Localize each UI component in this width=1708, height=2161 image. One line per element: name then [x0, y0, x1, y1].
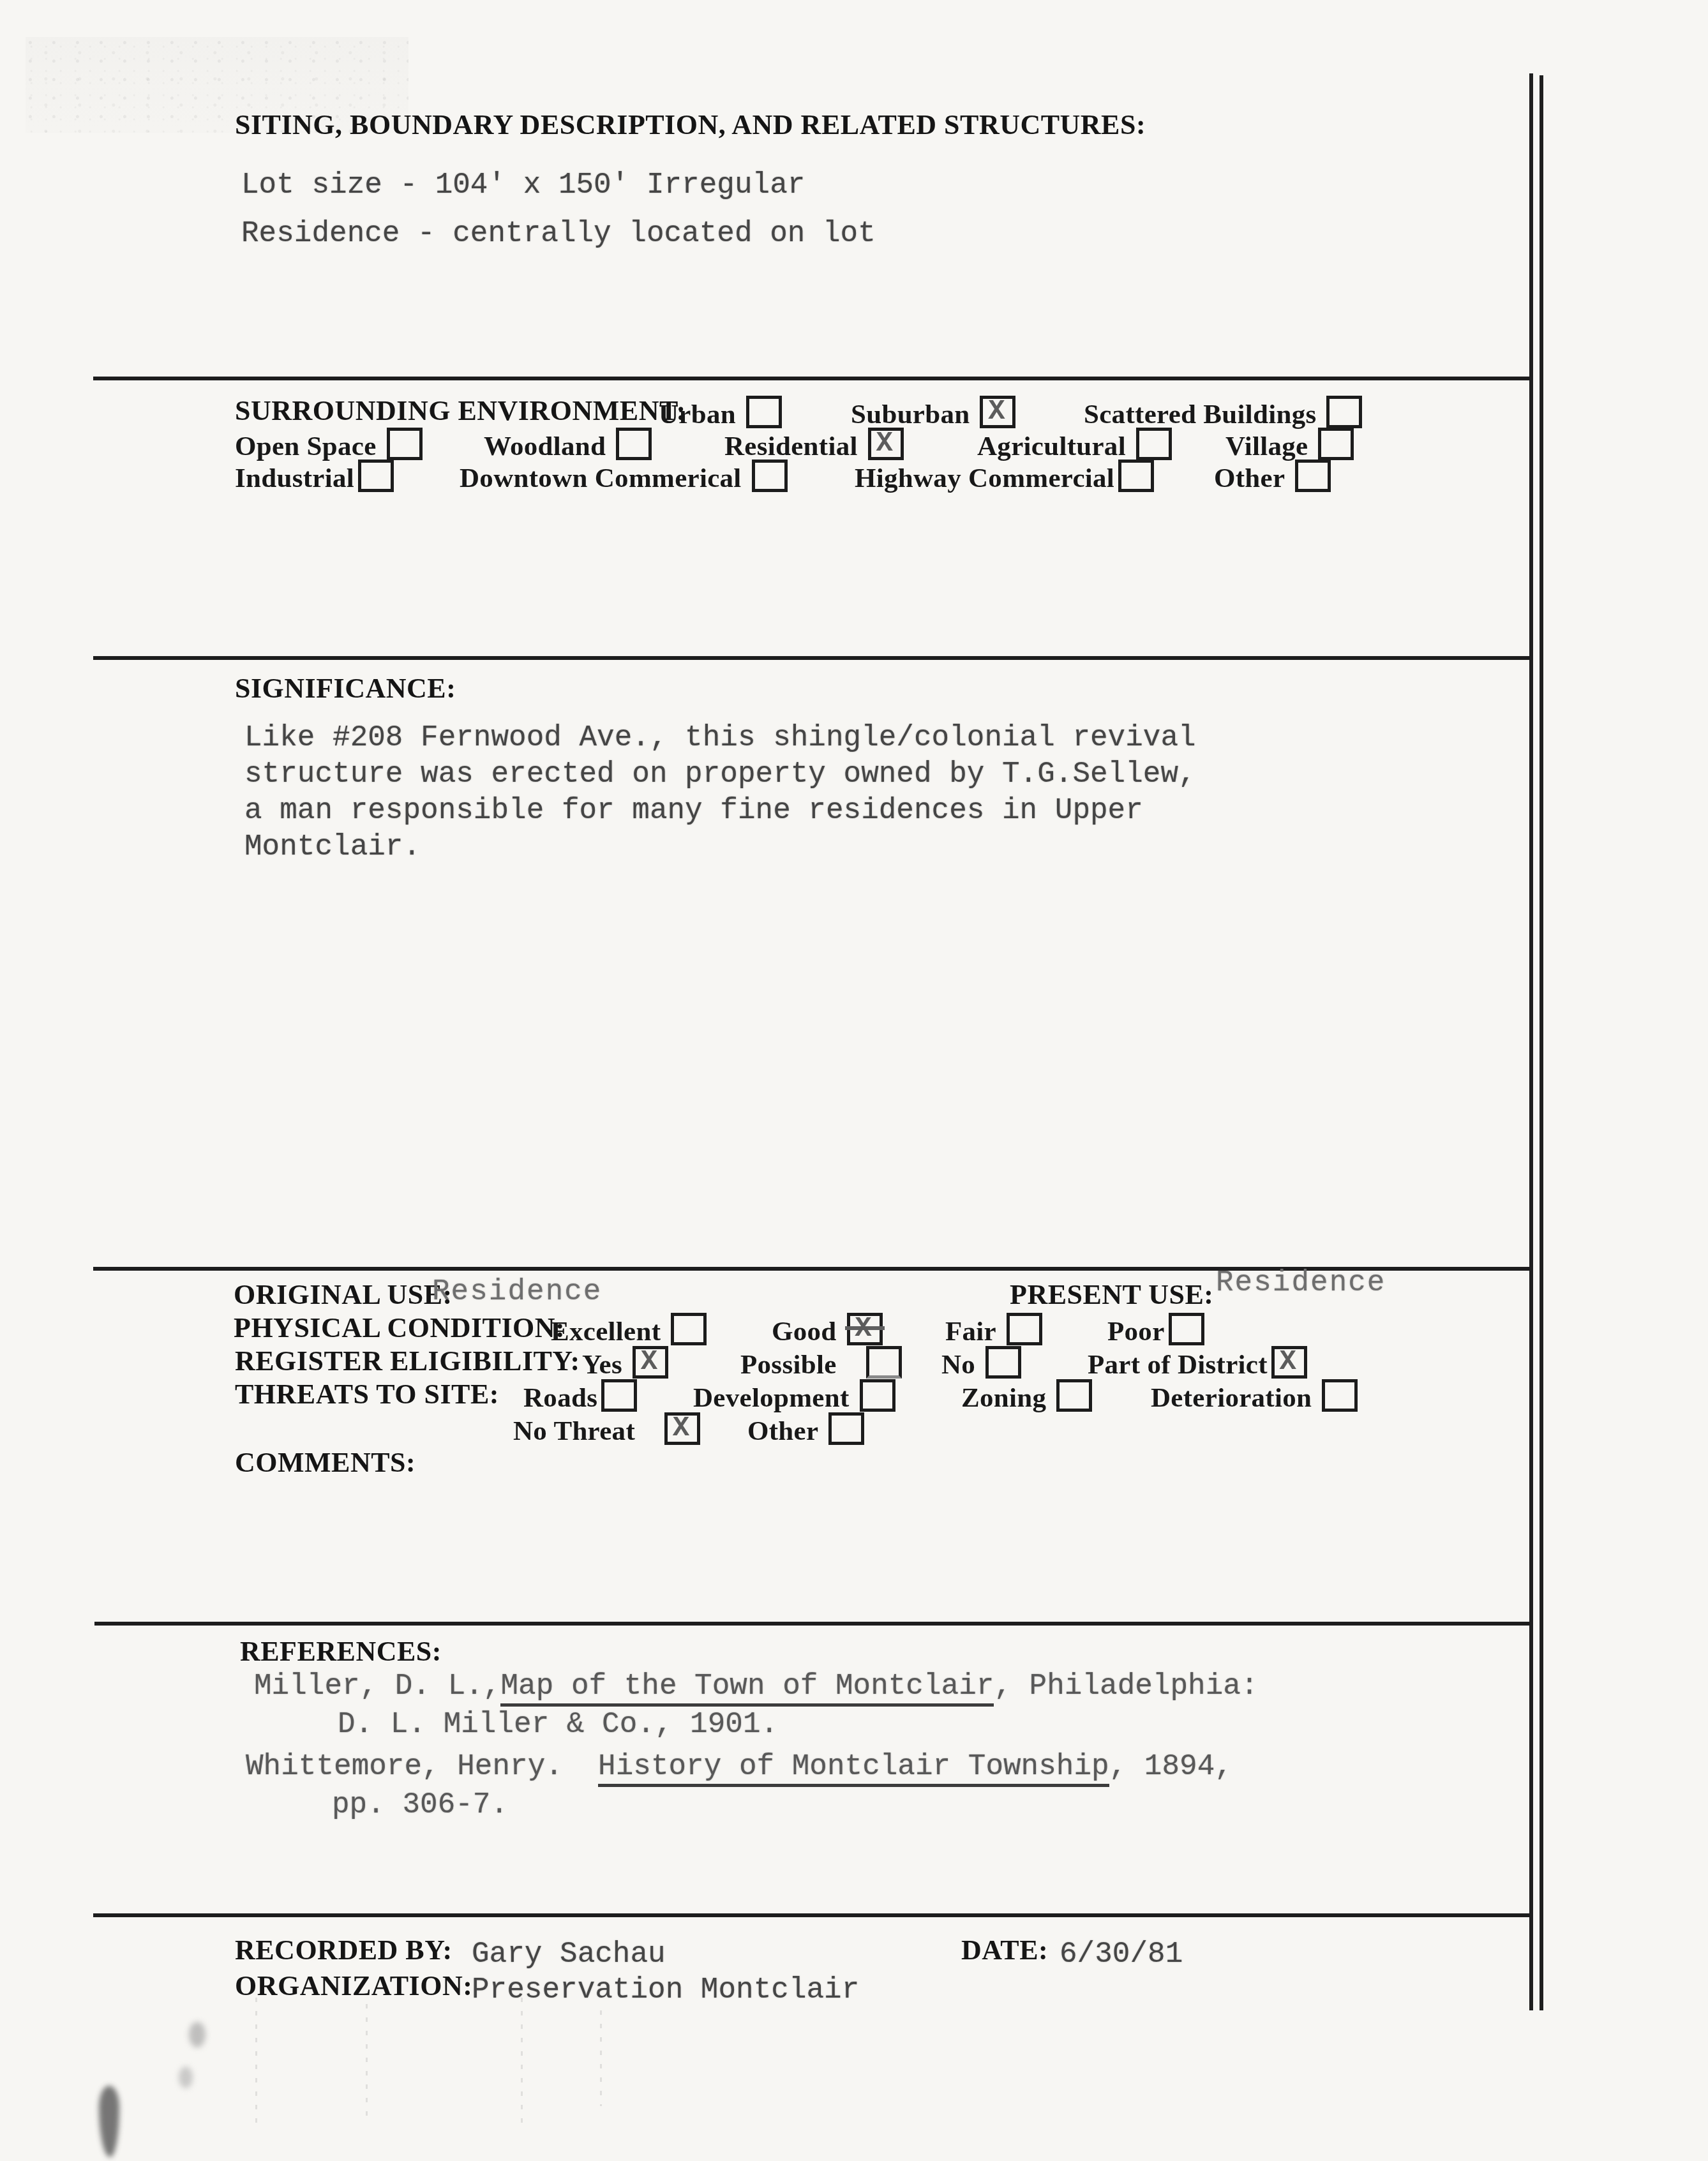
- significance-line-2: structure was erected on property owned …: [244, 756, 1196, 793]
- threats-label: THREATS TO SITE:: [235, 1379, 499, 1410]
- checkbox-village: [1318, 428, 1354, 460]
- reference-1-line-2: D. L. Miller & Co., 1901.: [338, 1707, 778, 1743]
- option-scattered-buildings: Scattered Buildings: [1084, 396, 1362, 430]
- checkbox-excellent: [671, 1313, 707, 1345]
- reference-2-line-1: Whittemore, Henry. History of Montclair …: [246, 1749, 1232, 1785]
- reference-1-line-1: Miller, D. L.,Map of the Town of Montcla…: [254, 1668, 1258, 1705]
- checkbox-urban: [746, 396, 782, 428]
- surrounding-heading: SURROUNDING ENVIRONMENT:: [235, 396, 686, 426]
- checkbox-residential: [868, 428, 904, 460]
- option-good: Good: [772, 1313, 883, 1347]
- recorded-by-label: RECORDED BY:: [235, 1935, 453, 1966]
- scan-blob-bottom-left: [99, 2086, 119, 2157]
- checkbox-deterioration: [1322, 1379, 1358, 1412]
- checkbox-zoning: [1056, 1379, 1092, 1412]
- option-deterioration: Deterioration: [1151, 1379, 1358, 1414]
- option-roads: Roads: [523, 1379, 637, 1414]
- option-open-space: Open Space: [235, 428, 423, 462]
- option-yes: Yes: [582, 1346, 668, 1380]
- present-use-label: PRESENT USE:: [1010, 1280, 1213, 1310]
- checkbox-no: [985, 1346, 1021, 1379]
- option-other-environment: Other: [1214, 460, 1331, 494]
- option-industrial: Industrial: [235, 460, 394, 494]
- option-other-threat: Other: [747, 1412, 864, 1447]
- option-village: Village: [1225, 428, 1354, 462]
- scan-smudge-2: [179, 2067, 193, 2088]
- checkbox-other-threat: [828, 1412, 864, 1445]
- significance-heading: SIGNIFICANCE:: [235, 673, 456, 704]
- scan-streak-2: [366, 2004, 368, 2119]
- checkbox-yes: [633, 1346, 668, 1379]
- significance-line-3: a man responsible for many fine residenc…: [244, 793, 1143, 829]
- option-excellent: Excellent: [551, 1313, 707, 1347]
- checkbox-agricultural: [1136, 428, 1172, 460]
- scan-streak-3: [521, 1998, 523, 2125]
- references-heading: REFERENCES:: [240, 1636, 442, 1667]
- date-value: 6/30/81: [1060, 1936, 1183, 1973]
- original-use-value: Residence: [432, 1274, 602, 1310]
- date-label: DATE:: [961, 1935, 1048, 1966]
- significance-line-4: Montclair.: [244, 829, 421, 865]
- checkbox-scattered-buildings: [1326, 396, 1362, 428]
- scan-streak-4: [600, 2010, 602, 2106]
- reference-2-title: History of Montclair Township: [598, 1750, 1109, 1787]
- option-part-of-district: Part of District: [1088, 1346, 1307, 1380]
- scan-streak-1: [255, 1998, 257, 2132]
- option-development: Development: [693, 1379, 895, 1414]
- checkbox-highway-commercial: [1118, 460, 1154, 492]
- checkbox-no-threat: [664, 1412, 700, 1445]
- option-no-threat: No Threat: [513, 1412, 700, 1447]
- option-suburban: Suburban: [851, 396, 1015, 430]
- option-urban: Urban: [659, 396, 782, 430]
- checkbox-fair: [1007, 1313, 1042, 1345]
- recorded-by-value: Gary Sachau: [472, 1936, 666, 1973]
- checkbox-open-space: [387, 428, 423, 460]
- option-fair: Fair: [945, 1313, 1042, 1347]
- checkbox-possible: [866, 1346, 902, 1379]
- checkbox-part-of-district: [1271, 1346, 1307, 1379]
- option-agricultural: Agricultural: [977, 428, 1172, 462]
- option-downtown-commerical: Downtown Commerical: [460, 460, 788, 494]
- option-residential: Residential: [724, 428, 904, 462]
- option-woodland: Woodland: [484, 428, 652, 462]
- siting-line-2: Residence - centrally located on lot: [241, 216, 876, 252]
- option-no: No: [941, 1346, 1021, 1380]
- right-double-rule-inner: [1539, 75, 1543, 2010]
- option-poor: Poor: [1107, 1313, 1204, 1347]
- divider-significance: [93, 656, 1531, 660]
- option-zoning: Zoning: [961, 1379, 1092, 1414]
- scan-smudge-1: [189, 2022, 206, 2047]
- divider-footer: [93, 1913, 1531, 1917]
- option-possible: Possible: [740, 1346, 902, 1380]
- register-eligibility-label: REGISTER ELIGIBILITY:: [235, 1346, 580, 1377]
- option-highway-commercial: Highway Commercial: [855, 460, 1154, 494]
- siting-line-1: Lot size - 104' x 150' Irregular: [241, 167, 805, 204]
- siting-heading: SITING, BOUNDARY DESCRIPTION, AND RELATE…: [235, 110, 1146, 140]
- checkbox-woodland: [616, 428, 652, 460]
- significance-line-1: Like #208 Fernwood Ave., this shingle/co…: [244, 720, 1196, 756]
- checkbox-development: [860, 1379, 895, 1412]
- organization-label: ORGANIZATION:: [235, 1971, 472, 2001]
- reference-2-line-2: pp. 306-7.: [332, 1787, 508, 1823]
- right-double-rule-outer: [1529, 73, 1533, 2010]
- divider-references: [94, 1622, 1531, 1626]
- physical-condition-label: PHYSICAL CONDITION:: [234, 1313, 565, 1343]
- original-use-label: ORIGINAL USE:: [234, 1280, 453, 1310]
- survey-form-page: SITING, BOUNDARY DESCRIPTION, AND RELATE…: [0, 0, 1708, 2161]
- comments-label: COMMENTS:: [235, 1447, 416, 1478]
- checkbox-industrial: [358, 460, 394, 492]
- present-use-value: Residence: [1216, 1265, 1386, 1301]
- checkbox-suburban: [980, 396, 1015, 428]
- checkbox-downtown-commerical: [752, 460, 788, 492]
- reference-1-title: Map of the Town of Montclair: [500, 1670, 994, 1707]
- checkbox-other-environment: [1295, 460, 1331, 492]
- checkbox-roads: [601, 1379, 637, 1412]
- divider-surrounding: [93, 377, 1531, 380]
- checkbox-good: [847, 1313, 883, 1345]
- checkbox-poor: [1169, 1313, 1204, 1345]
- organization-value: Preservation Montclair: [472, 1972, 859, 2008]
